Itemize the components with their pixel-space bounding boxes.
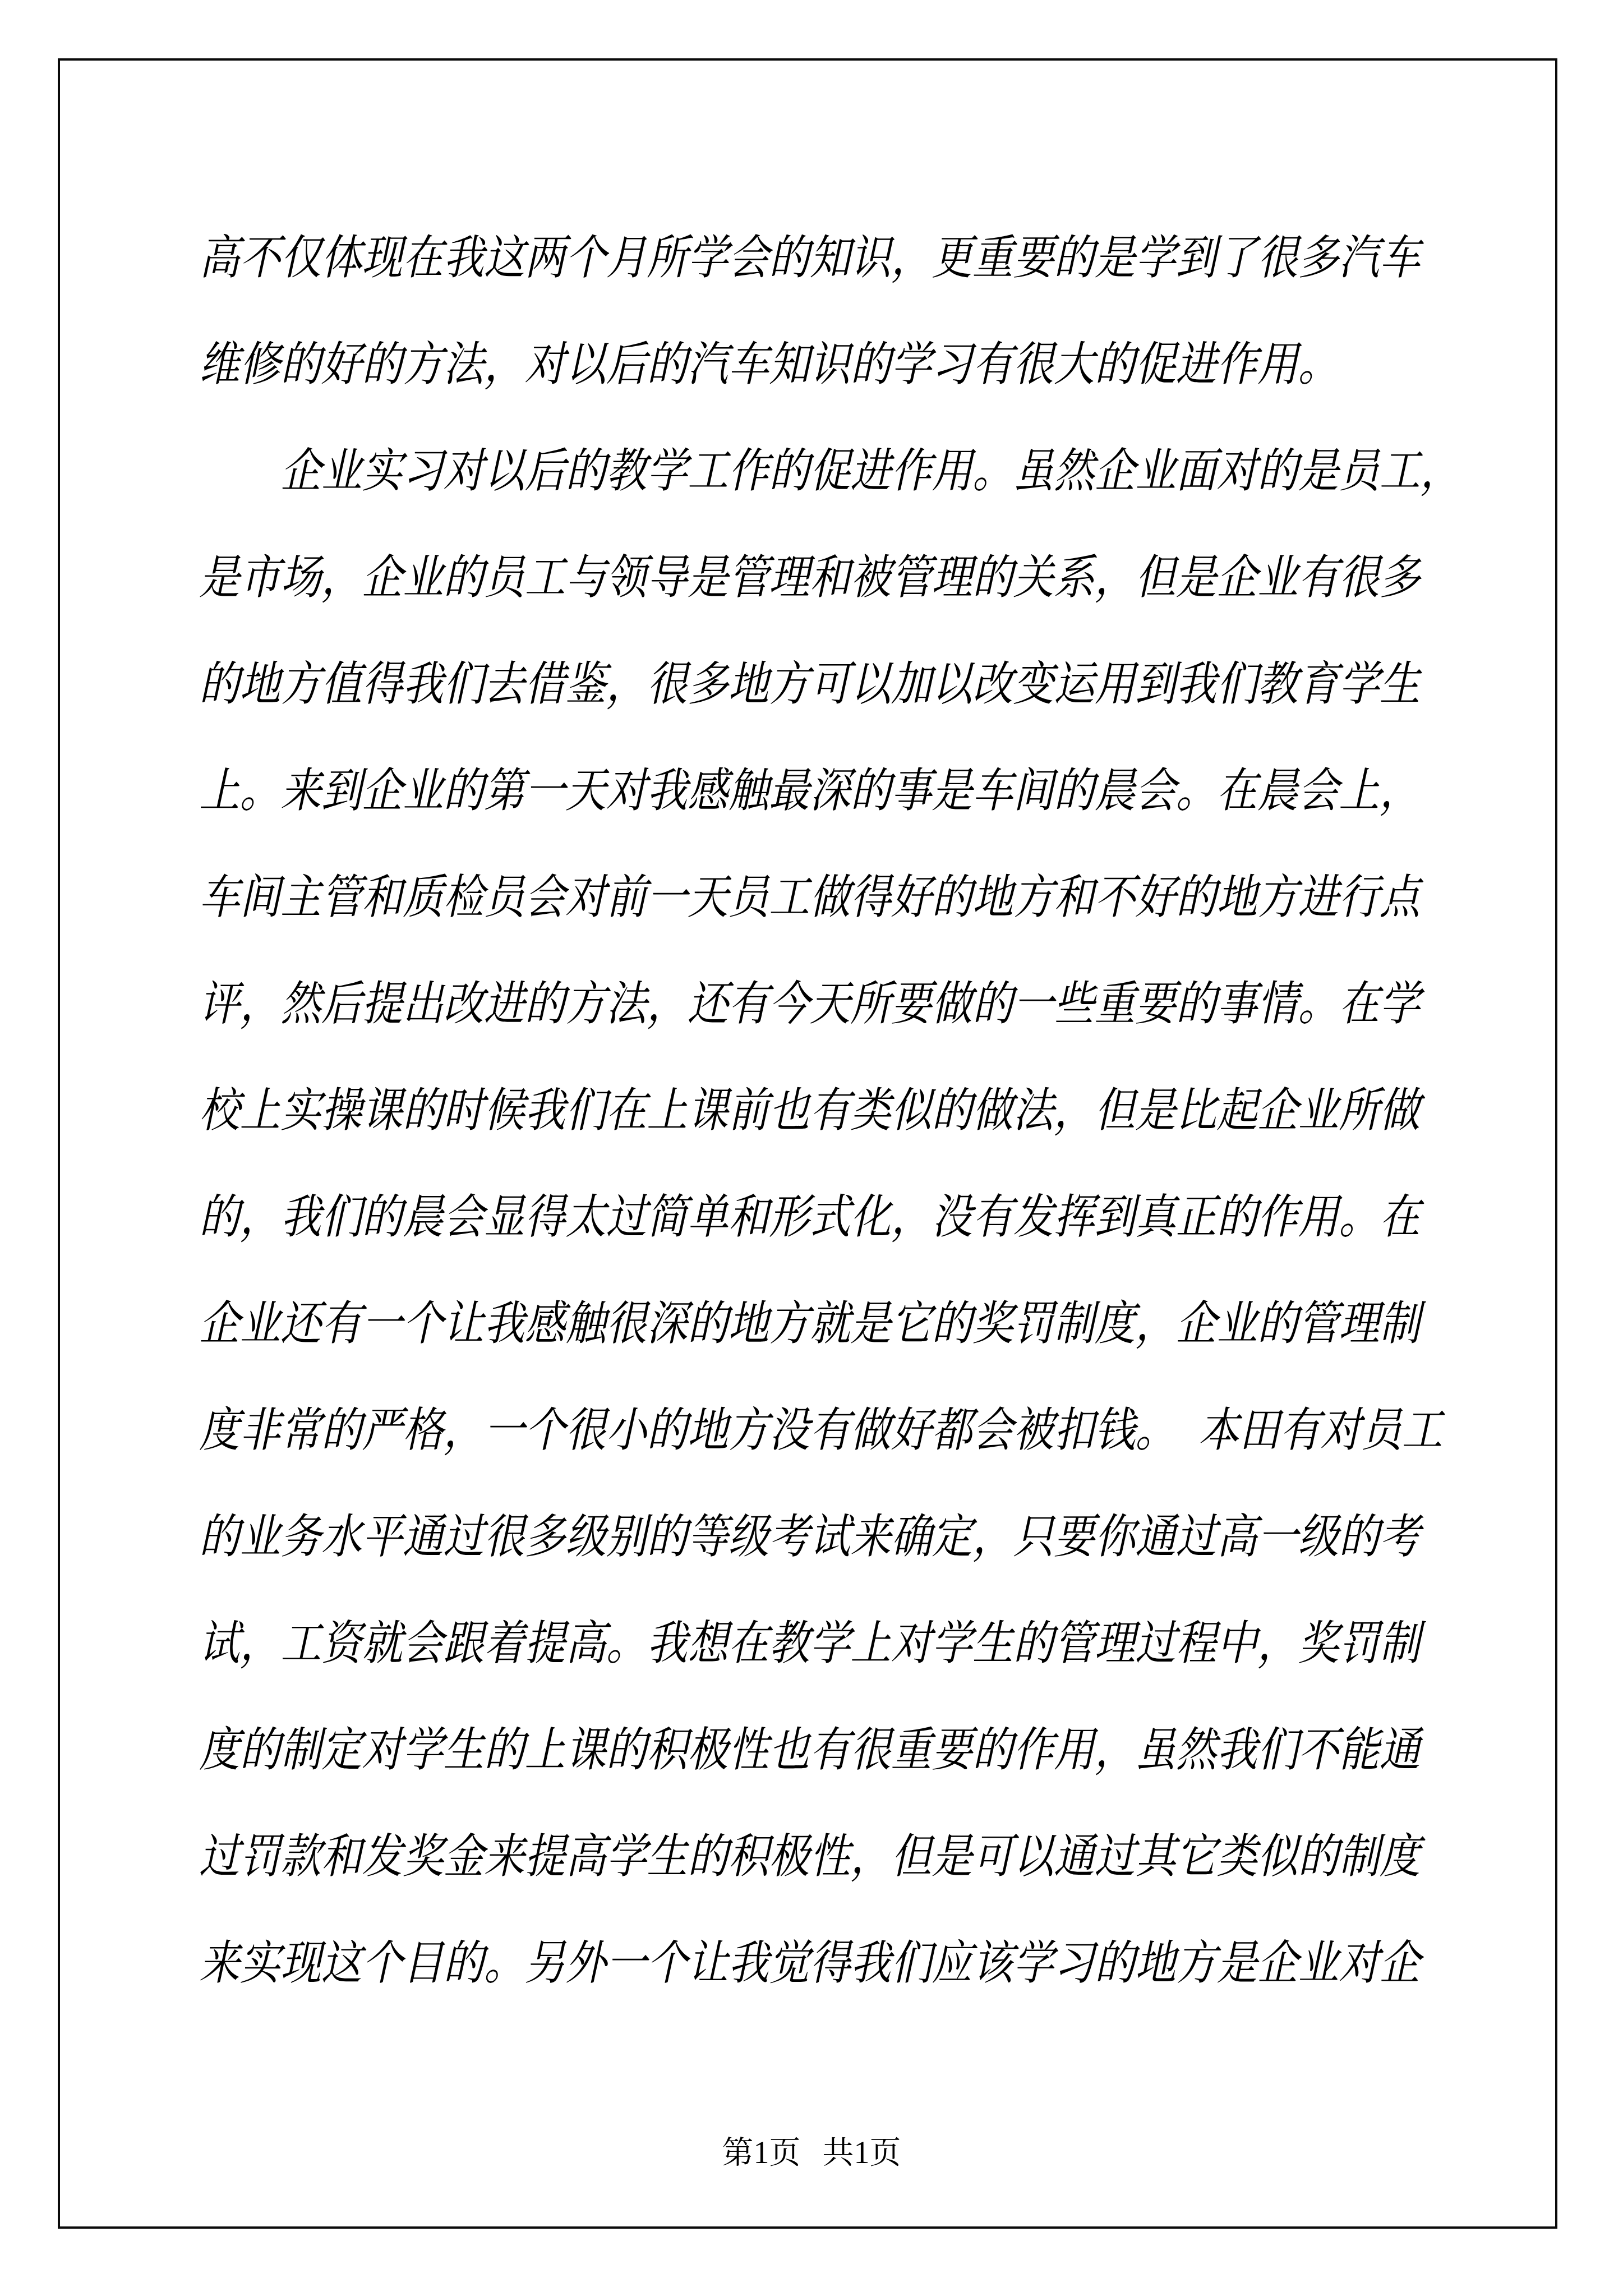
document-line: 度非常的严格，一个很小的地方没有做好都会被扣钱。 本田有对员工 [199, 1378, 1461, 1484]
document-line: 试，工资就会跟着提高。我想在教学上对学生的管理过程中，奖罚制 [199, 1591, 1461, 1697]
document-line: 的地方值得我们去借鉴，很多地方可以加以改变运用到我们教育学生 [199, 632, 1461, 738]
document-line: 上。来到企业的第一天对我感触最深的事是车间的晨会。在晨会上， [199, 738, 1461, 845]
document-line: 企业实习对以后的教学工作的促进作用。虽然企业面对的是员工， [199, 418, 1461, 525]
document-line: 维修的好的方法，对以后的汽车知识的学习有很大的促进作用。 [199, 312, 1461, 418]
document-line: 企业还有一个让我感触很深的地方就是它的奖罚制度，企业的管理制 [199, 1271, 1461, 1378]
document-line: 度的制定对学生的上课的积极性也有很重要的作用，虽然我们不能通 [199, 1697, 1461, 1804]
document-line: 评，然后提出改进的方法，还有今天所要做的一些重要的事情。在学 [199, 951, 1461, 1058]
document-line: 的，我们的晨会显得太过简单和形式化，没有发挥到真正的作用。在 [199, 1165, 1461, 1271]
document-line: 来实现这个目的。另外一个让我觉得我们应该学习的地方是企业对企 [199, 1911, 1461, 2017]
document-line: 过罚款和发奖金来提高学生的积极性，但是可以通过其它类似的制度 [199, 1804, 1461, 1911]
document-line: 校上实操课的时候我们在上课前也有类似的做法，但是比起企业所做 [199, 1058, 1461, 1165]
document-page: 高不仅体现在我这两个月所学会的知识，更重要的是学到了很多汽车维修的好的方法，对以… [0, 0, 1623, 2296]
document-line: 车间主管和质检员会对前一天员工做得好的地方和不好的地方进行点 [199, 845, 1461, 951]
document-line: 高不仅体现在我这两个月所学会的知识，更重要的是学到了很多汽车 [199, 205, 1461, 312]
document-line: 的业务水平通过很多级别的等级考试来确定，只要你通过高一级的考 [199, 1484, 1461, 1591]
document-text-block: 高不仅体现在我这两个月所学会的知识，更重要的是学到了很多汽车维修的好的方法，对以… [199, 205, 1623, 2017]
document-line: 是市场，企业的员工与领导是管理和被管理的关系，但是企业有很多 [199, 525, 1461, 632]
page-number-footer: 第1页 共1页 [0, 2135, 1623, 2171]
